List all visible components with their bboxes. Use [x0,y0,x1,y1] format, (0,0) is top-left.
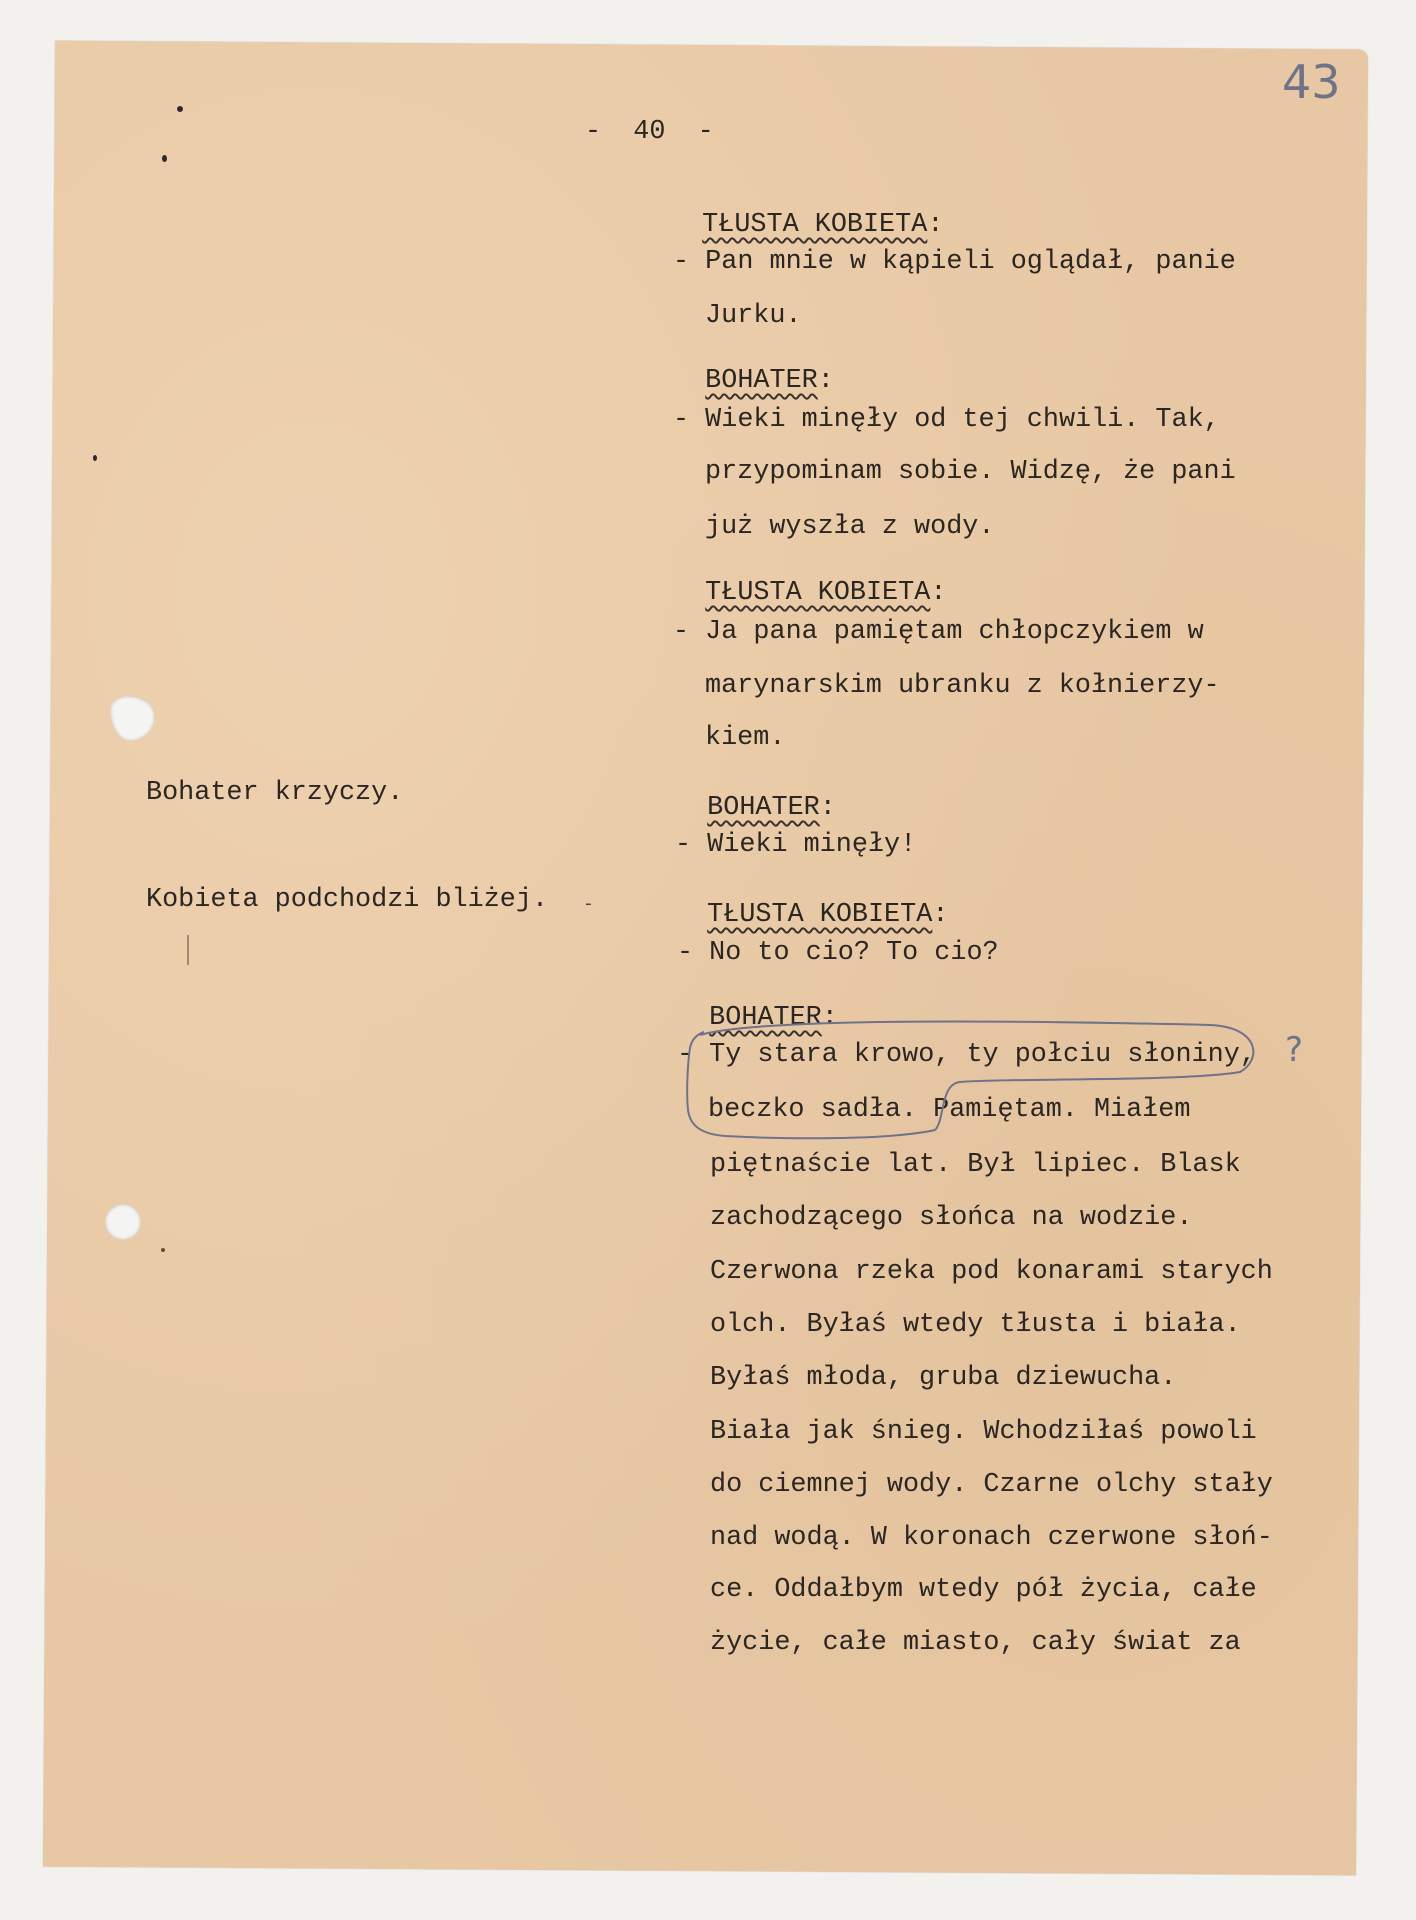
margin-question-mark: ? [1285,1030,1303,1070]
pencil-circle-annotation [0,0,1416,1920]
